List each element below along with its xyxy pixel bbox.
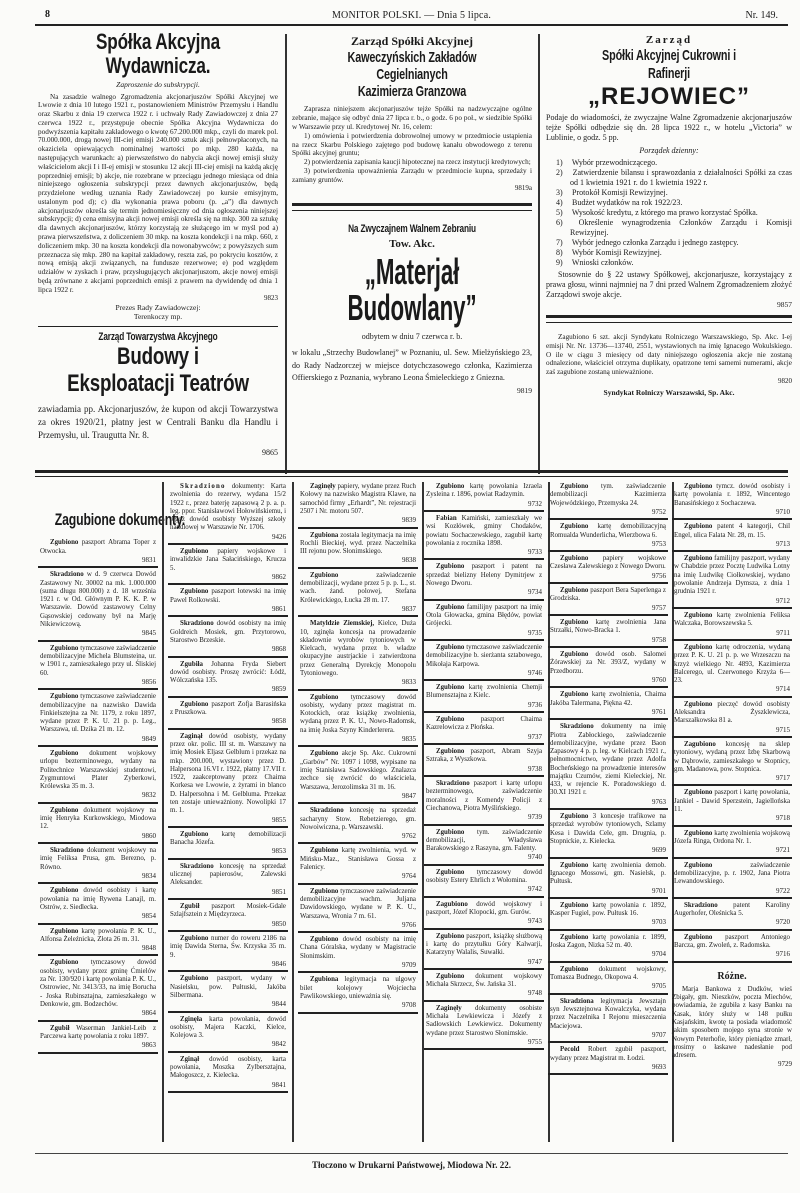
notice-wydawnicza: Spółka Akcyjna Wydawnicza. Zaproszenie d… — [38, 30, 278, 321]
lost-document-notice: Zgubiono paszport Antoniego Barcza, gm. … — [672, 931, 792, 963]
notice-ref: 9865 — [38, 448, 278, 458]
notice-lead: Zgubiono — [560, 619, 588, 626]
notice-text: dokumenty na imię Piotra Zabłockiego, za… — [550, 723, 666, 796]
lost-document-notice: Zagubiono koncesję na sklep tytoniowy, w… — [672, 738, 792, 787]
notice-lead: Zgubiono — [180, 935, 208, 942]
notice-ref: 9845 — [40, 629, 156, 637]
notice-lead: Zgubiono — [50, 807, 78, 814]
notice-lead: Zgubiono — [310, 750, 338, 757]
notice-lead: Zgubiono — [50, 928, 78, 935]
agenda-item: 3) Protokół Komisji Rewizyjnej. — [552, 188, 792, 198]
signature-name: Terenkoczy mp. — [38, 312, 278, 321]
notice-kicker: Na Zwyczajnem Walnem Zebraniu — [322, 223, 502, 236]
notice-ref: 9717 — [674, 774, 790, 782]
agenda-item-number: 5) — [556, 208, 570, 218]
notice-ref: 9718 — [674, 814, 790, 822]
notice-lead: Zgubiono — [436, 869, 464, 876]
lost-document-notice: Zgubiono tym. zaświadczenie demobilizacj… — [548, 480, 668, 520]
notice-ref: 9833 — [300, 678, 416, 686]
notice-lead: Zagubiono — [684, 741, 716, 748]
notice-ref: 9855 — [170, 816, 286, 824]
notice-ref: 9722 — [674, 887, 790, 895]
notice-lead: Zgubiono — [684, 862, 712, 869]
lost-document-notice: Zgubiono patent 4 kategorji, Chil Engel,… — [672, 520, 792, 552]
agenda-item-text: Protokół Komisji Rewizyjnej. — [570, 188, 668, 197]
notice-body: Zaprasza niniejszem akcjonarjuszów tejże… — [292, 105, 532, 131]
lost-documents-column-1: Zagubione dokumenty.Zgubiono paszport Ab… — [38, 480, 158, 1155]
notice-lead: Zgubiła — [180, 661, 203, 668]
notice-sub: Tow. Akc. — [292, 238, 532, 251]
notice-ref: 9854 — [40, 912, 156, 920]
lost-document-notice: Zgubiono kartę zwolnienia, Chaima Jakóba… — [548, 688, 668, 720]
notice-lead: Skradziono — [180, 863, 214, 870]
notice-ref: 9737 — [426, 733, 542, 741]
newspaper-page: 8 MONITOR POLSKI. — Dnia 5 lipca. Nr. 14… — [0, 0, 800, 1193]
notice-ref: 9832 — [40, 791, 156, 799]
notice-lead: Zgubiono — [560, 862, 588, 869]
notice-kicker: Zarząd — [546, 34, 792, 47]
notice-lead: Zgubiono — [560, 902, 588, 909]
notice-ref: 9426 — [170, 533, 286, 541]
lost-document-notice: Zgubiono pieczęć dowód osobisty Aleksand… — [672, 698, 792, 738]
running-head: 8 MONITOR POLSKI. — Dnia 5 lipca. Nr. 14… — [35, 6, 788, 26]
notice-ref: 9715 — [674, 726, 790, 734]
lost-document-notice: Zgubiono kartę zwolnienia demob. Ignaceg… — [548, 859, 668, 899]
lost-document-notice: Zgubiono kartę zwolnienia, wyd. w Mińsku… — [298, 844, 418, 884]
lost-document-notice: Skradziono koncesję na sprzedaż sacharyn… — [298, 804, 418, 844]
lost-document-notice: Skradziono dokumenty na imię Piotra Zabł… — [548, 720, 668, 810]
notice-ref: 9823 — [38, 294, 278, 303]
lost-document-notice: Zgubiono kartę zwolnienia Feliksa Walcza… — [672, 609, 792, 641]
lost-document-notice: Zgubiono tym. zaświadczenie demobilizacj… — [424, 826, 544, 866]
notice-lead: Zgubiono — [50, 539, 78, 546]
notice-ref: 9844 — [170, 1000, 286, 1008]
notice-lead: Zgubiono — [560, 691, 588, 698]
notice-ref: 9704 — [550, 950, 666, 958]
notice-lead: Zaginęły — [436, 1005, 462, 1012]
notice-ref: 9710 — [674, 508, 790, 516]
notice-ref: 9850 — [170, 920, 286, 928]
notice-ref: 9835 — [300, 735, 416, 743]
agenda-list: 1) Wybór przewodniczącego.2) Zatwierdzen… — [552, 158, 792, 268]
notice-ref: 9748 — [426, 989, 542, 997]
notice-lead: Zgubiono — [50, 959, 78, 966]
notice-lead: Zgubiono — [560, 587, 588, 594]
lost-document-notice: Zgubiono papiery wojskowe i inwalidzkie … — [168, 545, 288, 585]
notice-lead: Zgubiono — [310, 572, 338, 579]
notice-title: Spółka Akcyjna Wydawnicza. — [64, 30, 251, 78]
issue-number: Nr. 149. — [746, 10, 779, 21]
lost-document-notice: Zgubiono tymczasowy dowód osobisty, wyda… — [38, 956, 158, 1021]
notice-ref: 9763 — [550, 798, 666, 806]
notice-lead: Skradziono — [310, 807, 344, 814]
notice-lead: Zgubiono — [560, 934, 588, 941]
agenda-item: 6) Określenie wynagrodzenia Członków Zar… — [552, 218, 792, 238]
notice-syndykat: Zagubiono 6 szt. akcji Syndykatu Rolnicz… — [546, 333, 792, 397]
lost-documents-column-3: Zaginęły papiery, wydane przez Ruch Koło… — [298, 480, 418, 1155]
notice-ref: 9729 — [672, 1060, 792, 1068]
notice-ref: 9863 — [40, 1041, 156, 1049]
notice-ref: 9841 — [170, 1081, 286, 1089]
lost-document-notice: Zgubiono familijny paszport na imię Otol… — [424, 601, 544, 641]
notice-ref: 9859 — [170, 685, 286, 693]
notice-teatrow: Zarząd Towarzystwa Akcyjnego Budowy i Ek… — [38, 331, 278, 458]
notice-title: „REJOWIEC” — [546, 82, 792, 111]
notice-lead: Zagubiono — [436, 901, 468, 908]
agenda-item-text: Zatwierdzenie bilansu i sprawozdania z d… — [570, 168, 792, 187]
lost-document-notice: Zgubiona legitymacja na ulgowy bilet kol… — [298, 973, 418, 1013]
section-heading-rozne: Różne. — [672, 971, 792, 983]
notice-lead: Zgubiono — [310, 694, 338, 701]
lost-document-notice: Skradziono dokumenty: Karta zwolnienia d… — [168, 480, 288, 545]
notice-ref: 9714 — [674, 685, 790, 693]
lost-document-notice: Skradziono w d. 9 czerwca Dowód Zastawow… — [38, 568, 158, 641]
notice-signature: Syndykat Rolniczy Warszawski, Sp. Akc. — [546, 388, 792, 397]
notice-ref: 9753 — [550, 540, 666, 548]
agenda-item-number: 4) — [556, 198, 570, 208]
notice-cegielnie: Zarząd Spółki Akcyjnej Kaweczyńskich Zak… — [292, 34, 532, 193]
lost-document-notice: Zgubiono dokument wojskowy Michała Skrze… — [424, 970, 544, 1002]
notice-ref: 9864 — [40, 1009, 156, 1017]
notice-ref: 9838 — [300, 556, 416, 564]
lost-document-notice: Zgubiono paszport łotewski na imię Pawel… — [168, 585, 288, 617]
notice-lead: Zgubiono — [436, 829, 464, 836]
lost-document-notice: Zgubiono zaświadczenie demobilizacyjne, … — [672, 859, 792, 899]
notice-lead: Skradziono — [50, 847, 84, 854]
notice-title-line1: Kaweczyńskich Zakładów Cegielnianych — [326, 49, 499, 84]
agenda-item-text: Określenie wynagrodzenia Członków Zarząd… — [570, 218, 792, 237]
lost-document-notice: Zgubiono kartę zwolnienia Jana Strzałki,… — [548, 616, 668, 648]
notice-ref: 9736 — [426, 701, 542, 709]
notice-lead: Zgubiono — [436, 748, 464, 755]
notice-ref: 9820 — [546, 377, 792, 386]
agenda-item: 5) Wysokość kredytu, z którego ma prawo … — [552, 208, 792, 218]
notice-lead: Zgubiono — [436, 563, 464, 570]
lost-document-notice: Zgubiono papiery wojskowe Czesława Zalew… — [548, 552, 668, 584]
notice-ref: 9709 — [300, 961, 416, 969]
notice-lead: Zginęła — [180, 1016, 202, 1023]
notice-ref: 9846 — [170, 960, 286, 968]
agenda-item: 1) Wybór przewodniczącego. — [552, 158, 792, 168]
notice-text: dowód osobisty, wydany przez okr. polic.… — [170, 733, 286, 815]
lost-document-notice: Skradziono koncesję na sprzedaż ulicznej… — [168, 860, 288, 900]
agenda-item-number: 9) — [556, 258, 570, 268]
notice-ref: 9732 — [426, 500, 542, 508]
notice-lead: Zgubiono — [560, 651, 588, 658]
lost-document-notice: Zgubiono dowód osobisty na imię Chana Gó… — [298, 933, 418, 973]
agenda-item-text: Wybór przewodniczącego. — [570, 158, 657, 167]
lost-document-notice: Skradziono dowód osobisty na imię Goldre… — [168, 617, 288, 657]
notice-ref: 9708 — [300, 1001, 416, 1009]
agenda-title: Porządek dzienny: — [546, 146, 792, 156]
lost-document-notice: Zgubiono paszport i patent na sprzedaż b… — [424, 560, 544, 600]
double-divider — [546, 315, 792, 323]
lost-document-notice: Zgubiono dowód osob. Salomei Żórawskiej … — [548, 648, 668, 688]
notice-ref: 9713 — [674, 540, 790, 548]
agenda-item-number: 8) — [556, 248, 570, 258]
notice-subtitle: Spółki Akcyjnej Cukrowni i Rafinerji — [580, 47, 757, 82]
notice-ref: 9743 — [426, 917, 542, 925]
lost-document-notice: Zgubiono tymczasowe zaświadczenie demobi… — [424, 641, 544, 681]
printer-imprint: Tłoczono w Drukarni Państwowej, Miodowa … — [35, 1153, 788, 1170]
notice-lead: Zgubiono — [684, 612, 712, 619]
notice-lead: Matyldzie Ziemskiej, — [310, 620, 374, 627]
notice-ref: 9819 — [292, 386, 532, 395]
agenda-item-number: 2) — [556, 168, 570, 178]
lost-document-notice: Zgubiono paszport, Abram Szyja Sztraka, … — [424, 745, 544, 777]
lost-document-notice: Pecold Robert zgubił paszport, wydany pr… — [548, 1043, 668, 1075]
notice-closing: Stosownie do § 22 ustawy Spółkowej, akcj… — [546, 270, 792, 300]
lost-document-notice: Zgubiono paszport i kartę powołania, Jan… — [672, 786, 792, 826]
notice-ref: 9747 — [426, 958, 542, 966]
notice-ref: 9740 — [426, 853, 542, 861]
notice-lead: Zgubiono — [560, 483, 588, 490]
notice-lead: Zgubiono — [180, 701, 208, 708]
lost-document-notice: Zgubiono tymczasowy dowód osobisty Ester… — [424, 866, 544, 898]
signature-role: Prezes Rady Zawiadowczej: — [38, 303, 278, 312]
lost-document-notice: Zgubiono dokument wojskowy, Tomasza Budn… — [548, 963, 668, 995]
lost-document-notice: Zgubiono dokument wojskowy urlopu bezter… — [38, 747, 158, 804]
lost-document-notice: Zgubiono tymczasowe zaświadczenie demobi… — [38, 690, 158, 747]
notice-ref: 9735 — [426, 629, 542, 637]
agenda-item-number: 6) — [556, 218, 570, 228]
agenda-item: 9) Wnioski członków. — [552, 258, 792, 268]
notice-lead: Skradziono — [436, 780, 470, 787]
rozne-body: Marja Bankowa z Dudków, wieś Zbigały, gm… — [672, 986, 792, 1061]
notice-ref: 9862 — [170, 573, 286, 581]
lost-document-notice: Zgubiono paszport Bera Saperlenga z Grod… — [548, 584, 668, 616]
notice-ref: 9858 — [170, 717, 286, 725]
lost-document-notice: Zgubiono kartę demobilizacyjną Romualda … — [548, 520, 668, 552]
lost-document-notice: Zgubiono tymczasowe zaświadczenie demobi… — [298, 885, 418, 934]
notice-ref: 9856 — [40, 678, 156, 686]
lost-document-notice: Zgubiono kartę zwolnienia wojskową Józef… — [672, 827, 792, 859]
notice-ref: 9712 — [674, 597, 790, 605]
notice-title-line2: Kazimierza Granzowa — [326, 83, 499, 100]
notice-ref: 9693 — [550, 1063, 666, 1071]
lost-document-notice: Zaginął dowód osobisty, wydany przez okr… — [168, 730, 288, 828]
notice-body: Zagubiono 6 szt. akcji Syndykatu Rolnicz… — [546, 333, 792, 377]
double-divider — [292, 203, 532, 211]
notice-lead: Skradziono — [50, 571, 84, 578]
notice-ref: 9734 — [426, 588, 542, 596]
lost-documents-column-4: Zgubiono kartę powołania Izraela Zyslein… — [424, 480, 544, 1155]
notice-lead: Skradziono — [560, 723, 594, 730]
notice-lead: Zaginęły — [310, 483, 336, 490]
notice-lead: Zgubiona — [310, 532, 338, 539]
notice-lead: Zgubił — [50, 1025, 70, 1032]
lost-document-notice: Zgubiono kartę demobilizacji Banacha Józ… — [168, 828, 288, 860]
column-rule — [538, 34, 540, 474]
notice-lead: Zgubiona — [310, 976, 338, 983]
notice-lead: Zgubiono — [180, 831, 208, 838]
notice-item-3: 3) potwierdzenia upoważnienia Zarządu w … — [292, 167, 532, 185]
notice-lead: Zgubiono — [684, 483, 712, 490]
notice-lead: Zgubiono — [436, 483, 464, 490]
lost-document-notice: Skradziono dokument wojskowy na imię Fel… — [38, 844, 158, 884]
notice-ref: 9857 — [546, 300, 792, 309]
notice-lead: Pecold — [560, 1046, 580, 1053]
lost-document-notice: Zgubiono dowód osobisty i kartę powołani… — [38, 884, 158, 924]
lost-document-notice: Skradziono paszport i kartę urlopu bezte… — [424, 777, 544, 826]
lost-document-notice: Zgubiono tymcz. dowód osobisty i kartę p… — [672, 480, 792, 520]
lost-document-notice: Zgubiono numer do roweru 2186 na imię Da… — [168, 932, 288, 972]
notice-lead: Zgubiono — [436, 716, 464, 723]
notice-text: dokumenty: Karta zwolnienia do rezerwy, … — [170, 483, 286, 531]
top-column-2: Zarząd Spółki Akcyjnej Kaweczyńskich Zak… — [292, 30, 532, 470]
lost-document-notice: Skradziono patent Karoliny Augerhofer, O… — [672, 899, 792, 931]
notice-ref: 9761 — [550, 708, 666, 716]
notice-ref: 9756 — [550, 572, 666, 580]
lost-documents-column-6: Zgubiono tymcz. dowód osobisty i kartę p… — [672, 480, 792, 1155]
notice-lead: Zgubiono — [436, 973, 464, 980]
notice-ref: 9839 — [300, 516, 416, 524]
lost-document-notice: Zgubiono tymczasowe zaświadczenie demobi… — [38, 642, 158, 691]
notice-ref: 9703 — [550, 918, 666, 926]
agenda-item-text: Wysokość kredytu, z którego ma prawo kor… — [570, 208, 758, 217]
lost-document-notice: Zagubiono dowód wojskowy i paszport, Józ… — [424, 898, 544, 930]
lost-document-notice: Zgubił paszport Mosiek-Gdale Szlajfsztei… — [168, 900, 288, 932]
notice-ref: 9701 — [550, 887, 666, 895]
notice-lead: Zgubiono — [436, 644, 464, 651]
notice-ref: 9847 — [300, 792, 416, 800]
notice-lead: Zgubiono — [560, 555, 588, 562]
notice-body: Podaje do wiadomości, że zwyczajne Walne… — [546, 113, 792, 143]
lost-document-notice: Zginął dowód osobisty, karta powołania, … — [168, 1053, 288, 1093]
notice-lead: Zgubiono — [684, 830, 712, 837]
notice-lead: Zgubiono — [310, 888, 338, 895]
agenda-item-number: 7) — [556, 238, 570, 248]
notice-title: Budowy i Eksploatacji Teatrów — [64, 344, 251, 397]
notice-lead: Zgubiono — [684, 523, 712, 530]
lost-document-notice: Zgubiono kartę powołania r. 1899, Joska … — [548, 931, 668, 963]
notice-ref: 9755 — [426, 1038, 542, 1046]
agenda-item-text: Wybór Komisji Rewizyjnej. — [570, 248, 662, 257]
notice-lead: Fabian — [436, 515, 457, 522]
agenda-item-number: 1) — [556, 158, 570, 168]
notice-kicker: Zarząd Spółki Akcyjnej — [292, 34, 532, 49]
lost-document-notice: Zaginęły papiery, wydane przez Ruch Koło… — [298, 480, 418, 529]
lost-document-notice: Zgubiono kartę odroczenia, wydaną przez … — [672, 641, 792, 698]
notice-body: Na zasadzie walnego Zgromadzenia akcjona… — [38, 93, 278, 295]
column-rule — [162, 482, 164, 1142]
lost-document-notice: Zgubiono tymczasowy dowód osobisty, wyda… — [298, 691, 418, 748]
lost-document-notice: Zgubiono 3 koncesje trafikowe na sprzeda… — [548, 810, 668, 859]
notice-subtitle: Zaproszenie do subskrypcji. — [38, 80, 278, 89]
lost-document-notice: Matyldzie Ziemskiej, Kielce, Duża 10, zg… — [298, 617, 418, 690]
notice-title: „Materjał Budowlany” — [338, 254, 487, 326]
lost-document-notice: Zgubiono kartę zwolnienia Chemji Blumens… — [424, 681, 544, 713]
notice-lead: Zgubiono — [684, 644, 712, 651]
notice-lead: Zgubiono — [684, 934, 712, 941]
notice-ref: 9733 — [426, 548, 542, 556]
notice-lead: Zgubiono — [180, 975, 208, 982]
lost-document-notice: Zgubiona została legitymacja na imię Roc… — [298, 529, 418, 569]
notice-ref: 9721 — [674, 846, 790, 854]
lost-document-notice: Zgubiono akcje Sp. Akc. Cukrowni „Garbów… — [298, 747, 418, 804]
lost-document-notice: Zgubiono paszport, książkę służbową i ka… — [424, 930, 544, 970]
agenda-item: 2) Zatwierdzenie bilansu i sprawozdania … — [552, 168, 792, 188]
notice-lead: Zgubiono — [50, 645, 78, 652]
notice-ref: 9764 — [300, 872, 416, 880]
notice-ref: 9711 — [674, 629, 790, 637]
notice-ref: 9760 — [550, 676, 666, 684]
notice-lead: Zgubiono — [180, 588, 208, 595]
notice-lead: Zgubiono — [684, 789, 712, 796]
notice-lead: Zgubiono — [436, 684, 464, 691]
section-heading: Zagubione dokumenty. — [55, 510, 141, 530]
agenda-item-text: Wybór jednego członka Zarządu i jednego … — [570, 238, 739, 247]
notice-ref: 9752 — [550, 508, 666, 516]
notice-ref: 9837 — [300, 605, 416, 613]
lost-documents-column-2: Skradziono dokumenty: Karta zwolnienia d… — [168, 480, 288, 1155]
notice-ref: 9842 — [170, 1040, 286, 1048]
notice-ref: 9720 — [674, 918, 790, 926]
notice-ref: 9819a — [292, 184, 532, 193]
lost-document-notice: Zgubiono paszport Chaima Kazrelowicza z … — [424, 713, 544, 745]
column-rule — [285, 34, 287, 474]
agenda-item-number: 3) — [556, 188, 570, 198]
notice-item-2: 2) potwierdzenia zapisania kaucji hipote… — [292, 158, 532, 167]
notice-ref: 9851 — [170, 888, 286, 896]
agenda-item-text: Budżet wydatków na rok 1922/23. — [570, 198, 682, 207]
notice-text: Kielce, Duża 10, zginęła koncesja na pro… — [300, 620, 416, 677]
notice-ref: 9742 — [426, 885, 542, 893]
lost-document-notice: Zgubiono kartę powołania P. K. U., Alfon… — [38, 925, 158, 957]
lost-document-notice: Zgubiono paszport, wydany w Nasielsku, p… — [168, 972, 288, 1012]
notice-ref: 9739 — [426, 813, 542, 821]
notice-lead: Zgubiono — [684, 555, 712, 562]
notice-lead: Zgubiono — [180, 548, 208, 555]
notice-lead: Zaginął — [180, 733, 203, 740]
notice-ref: 9853 — [170, 847, 286, 855]
lost-document-notice: Zgubiono dokument wojskowy na imię Henry… — [38, 804, 158, 844]
notice-ref: 9762 — [300, 832, 416, 840]
notice-lead: Zgubiono — [50, 750, 78, 757]
lost-document-notice: Zgubiła Johanna Fryda Siebert dowód osob… — [168, 658, 288, 698]
notice-ref: 9705 — [550, 982, 666, 990]
notice-lead: Skradziono — [180, 620, 214, 627]
top-column-1: Spółka Akcyjna Wydawnicza. Zaproszenie d… — [38, 30, 278, 470]
notice-ref: 9746 — [426, 669, 542, 677]
notice-lead: Zginął — [180, 1056, 199, 1063]
top-column-3: Zarząd Spółki Akcyjnej Cukrowni i Rafine… — [546, 30, 792, 470]
notice-text: w d. 9 czerwca Dowód Zastawowy Nr. 30002… — [40, 571, 156, 628]
notice-body: zawiadamia pp. Akcjonarjuszów, że kupon … — [38, 403, 278, 442]
notice-lead: Zgubiono — [50, 693, 78, 700]
notice-lead: Skradziono — [684, 902, 718, 909]
lost-document-notice: Zgubiono kartę powołania r. 1892, Kasper… — [548, 899, 668, 931]
notice-ref: 9849 — [40, 735, 156, 743]
notice-ref: 9848 — [40, 944, 156, 952]
notice-lead: Zgubiono — [560, 523, 588, 530]
lost-document-notice: Zgubiono kartę powołania Izraela Zyslein… — [424, 480, 544, 512]
agenda-item: 8) Wybór Komisji Rewizyjnej. — [552, 248, 792, 258]
notice-ref: 9861 — [170, 605, 286, 613]
notice-text: tymczasowy dowód osobisty, wydany przez … — [40, 959, 156, 1007]
publication-title: MONITOR POLSKI. — Dnia 5 lipca. — [35, 10, 788, 21]
notice-lead: Zgubiono — [310, 847, 338, 854]
notice-ref: 9716 — [674, 950, 790, 958]
notice-budowlany: Na Zwyczajnem Walnem Zebraniu Tow. Akc. … — [292, 223, 532, 396]
notice-ref: 9766 — [300, 921, 416, 929]
divider — [38, 326, 278, 327]
notice-lead: Skradziona — [560, 998, 594, 1005]
lost-document-notice: Zginęła karta powołania, dowód osobisty,… — [168, 1013, 288, 1053]
notice-item-1: 1) omówienia i potwierdzenia dobrowolnej… — [292, 132, 532, 158]
notice-ref: 9831 — [40, 556, 156, 564]
notice-ref: 9707 — [550, 1031, 666, 1039]
